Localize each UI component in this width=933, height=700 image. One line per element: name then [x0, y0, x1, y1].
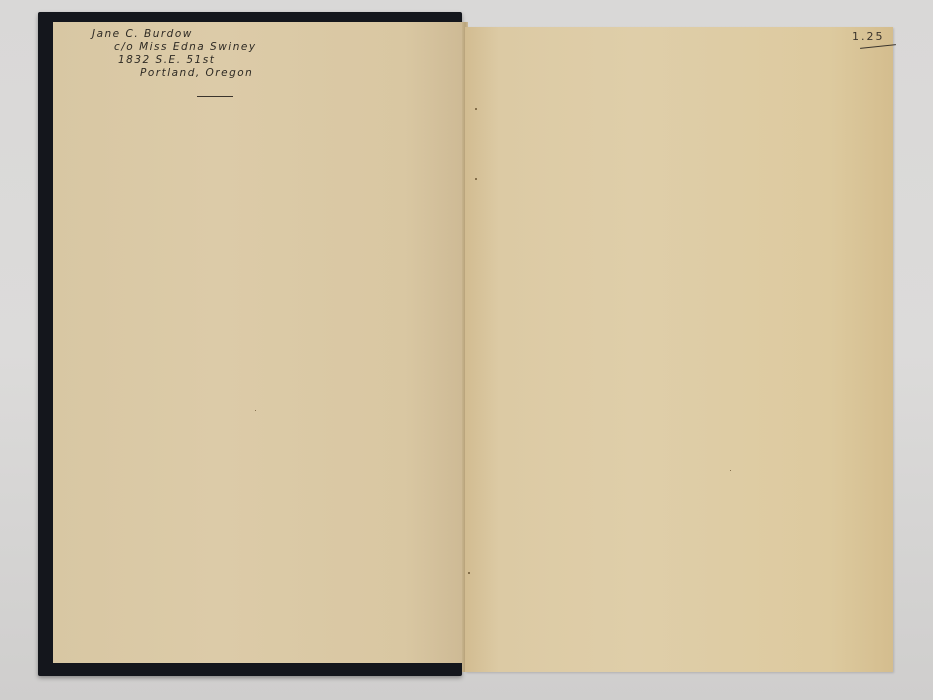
first-leaf	[465, 27, 893, 672]
paper-speck	[475, 108, 477, 110]
inscription-city: Portland, Oregon	[140, 67, 257, 80]
inscription-care-of: c/o Miss Edna Swiney	[114, 41, 257, 54]
handwritten-inscription: Jane C. Burdow c/o Miss Edna Swiney 1832…	[92, 28, 257, 80]
inscription-name: Jane C. Burdow	[92, 28, 257, 41]
pencil-price-mark: 1.25	[852, 30, 885, 43]
paper-speck	[255, 410, 256, 411]
paper-speck	[730, 470, 731, 471]
inside-cover-pastedown	[53, 22, 467, 663]
paper-speck	[475, 178, 477, 180]
paper-speck	[468, 572, 470, 574]
inscription-underline	[197, 96, 233, 97]
inscription-street: 1832 S.E. 51st	[118, 54, 257, 67]
